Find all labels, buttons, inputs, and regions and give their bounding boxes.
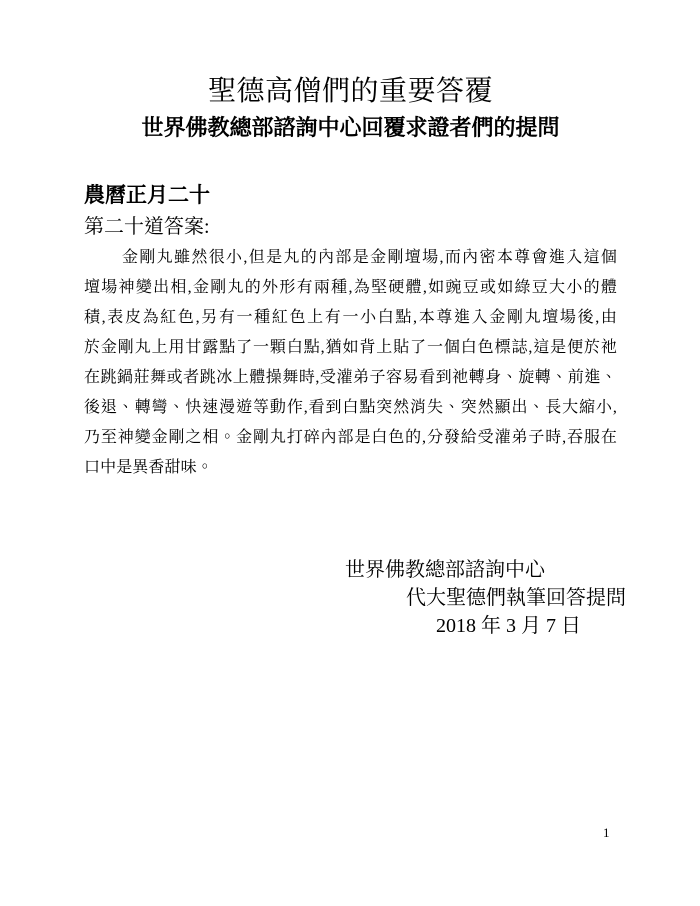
- document-page: 聖德高僧們的重要答覆 世界佛教總部諮詢中心回覆求證者們的提問 農曆正月二十 第二…: [0, 0, 700, 906]
- paragraph-line: 在跳鍋莊舞或者跳冰上體操舞時,受灌弟子容易看到祂轉身、旋轉、前進、: [84, 363, 617, 393]
- signature-organization: 世界佛教總部諮詢中心: [345, 556, 617, 584]
- page-number: 1: [603, 825, 610, 841]
- paragraph-line: 於金剛丸上用甘露點了一顆白點,猶如背上貼了一個白色標誌,這是便於祂: [84, 333, 617, 363]
- paragraph-line: 積,表皮為紅色,另有一種紅色上有一小白點,本尊進入金剛丸壇場後,由: [84, 303, 617, 333]
- paragraph-line: 壇場神變出相,金剛丸的外形有兩種,為堅硬體,如豌豆或如綠豆大小的體: [84, 273, 617, 303]
- answer-label: 第二十道答案:: [84, 212, 617, 242]
- paragraph-line: 金剛丸雖然很小,但是丸的內部是金剛壇場,而內密本尊會進入這個: [84, 243, 617, 273]
- paragraph-line: 乃至神變金剛之相。金剛丸打碎內部是白色的,分發給受灌弟子時,吞服在: [84, 423, 617, 453]
- signature-byline: 代大聖德們執筆回答提問: [406, 584, 617, 612]
- answer-paragraph: 金剛丸雖然很小,但是丸的內部是金剛壇場,而內密本尊會進入這個 壇場神變出相,金剛…: [84, 243, 617, 483]
- signature-block: 世界佛教總部諮詢中心 代大聖德們執筆回答提問 2018 年 3 月 7 日: [84, 556, 617, 640]
- paragraph-line: 口中是異香甜味。: [84, 453, 617, 483]
- paragraph-line: 後退、轉彎、快速漫遊等動作,看到白點突然消失、突然顯出、長大縮小,: [84, 393, 617, 423]
- document-subtitle: 世界佛教總部諮詢中心回覆求證者們的提問: [84, 112, 617, 144]
- signature-date: 2018 年 3 月 7 日: [436, 612, 617, 640]
- lunar-date-heading: 農曆正月二十: [84, 180, 617, 210]
- document-title: 聖德高僧們的重要答覆: [84, 72, 617, 112]
